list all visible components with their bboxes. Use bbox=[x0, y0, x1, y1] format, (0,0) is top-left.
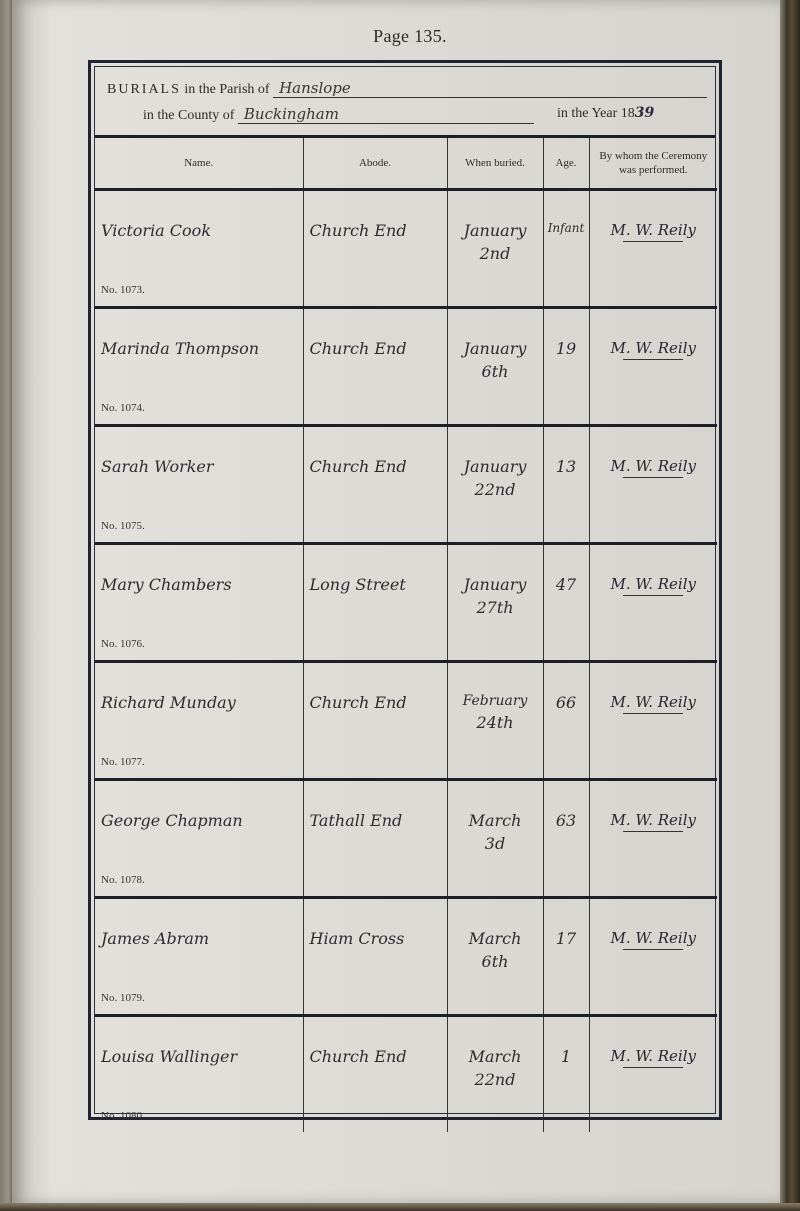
officiant-signature: M. W. Reily bbox=[590, 427, 718, 475]
signature-flourish bbox=[623, 1067, 683, 1068]
when-buried-cell: March3d bbox=[447, 780, 543, 898]
officiant-cell: M. W. Reily bbox=[589, 544, 717, 662]
burial-day: 6th bbox=[448, 362, 543, 381]
deceased-name: George Chapman bbox=[95, 781, 303, 830]
age-cell: 66 bbox=[543, 662, 589, 780]
deceased-name: James Abram bbox=[95, 899, 303, 948]
signature-flourish bbox=[623, 477, 683, 478]
age-cell: 1 bbox=[543, 1016, 589, 1133]
table-row: Victoria CookNo. 1073. Church End Januar… bbox=[95, 190, 717, 308]
burial-day: 24th bbox=[448, 713, 543, 732]
officiant-signature: M. W. Reily bbox=[590, 781, 718, 829]
burial-day: 3d bbox=[448, 834, 543, 853]
burial-month: March bbox=[448, 1017, 543, 1066]
age-value: 63 bbox=[544, 781, 589, 830]
burial-month: January bbox=[448, 191, 543, 240]
officiant-signature: M. W. Reily bbox=[590, 1017, 718, 1065]
county-prefix: in the County of bbox=[143, 108, 234, 123]
age-value: 66 bbox=[544, 663, 589, 712]
when-buried-cell: January2nd bbox=[447, 190, 543, 308]
abode-value: Church End bbox=[304, 191, 447, 240]
column-header-when-buried: When buried. bbox=[447, 138, 543, 190]
burial-month: February bbox=[448, 663, 543, 709]
deceased-name: Marinda Thompson bbox=[95, 309, 303, 358]
name-cell: Victoria CookNo. 1073. bbox=[95, 190, 303, 308]
year-handwritten: 39 bbox=[635, 105, 654, 121]
entry-number: No. 1078. bbox=[101, 874, 145, 886]
burial-day: 22nd bbox=[448, 480, 543, 499]
when-buried-cell: January6th bbox=[447, 308, 543, 426]
burials-heading: BURIALS bbox=[107, 82, 181, 97]
parish-field: Hanslope bbox=[273, 79, 707, 98]
column-header-abode: Abode. bbox=[303, 138, 447, 190]
officiant-signature: M. W. Reily bbox=[590, 545, 718, 593]
signature-flourish bbox=[623, 595, 683, 596]
table-row: Sarah WorkerNo. 1075. Church End January… bbox=[95, 426, 717, 544]
age-cell: 13 bbox=[543, 426, 589, 544]
abode-cell: Church End bbox=[303, 190, 447, 308]
table-row: Marinda ThompsonNo. 1074. Church End Jan… bbox=[95, 308, 717, 426]
when-buried-cell: March22nd bbox=[447, 1016, 543, 1133]
burial-day: 6th bbox=[448, 952, 543, 971]
age-value: 17 bbox=[544, 899, 589, 948]
table-row: Richard MundayNo. 1077. Church End Febru… bbox=[95, 662, 717, 780]
entry-number: No. 1079. bbox=[101, 992, 145, 1004]
abode-cell: Church End bbox=[303, 426, 447, 544]
county-field: Buckingham bbox=[238, 105, 534, 124]
officiant-cell: M. W. Reily bbox=[589, 662, 717, 780]
burial-day: 22nd bbox=[448, 1070, 543, 1089]
name-cell: James AbramNo. 1079. bbox=[95, 898, 303, 1016]
page-bottom-edge bbox=[0, 1203, 800, 1211]
abode-value: Long Street bbox=[304, 545, 447, 594]
column-header-officiant: By whom the Ceremony was performed. bbox=[589, 138, 717, 190]
entry-number: No. 1080. bbox=[101, 1110, 145, 1122]
name-cell: Mary ChambersNo. 1076. bbox=[95, 544, 303, 662]
age-value: 47 bbox=[544, 545, 589, 594]
burial-month: January bbox=[448, 427, 543, 476]
name-cell: Louisa WallingerNo. 1080. bbox=[95, 1016, 303, 1133]
parish-prefix: in the Parish of bbox=[184, 82, 269, 97]
deceased-name: Sarah Worker bbox=[95, 427, 303, 476]
when-buried-cell: January27th bbox=[447, 544, 543, 662]
entry-number: No. 1074. bbox=[101, 402, 145, 414]
signature-flourish bbox=[623, 241, 683, 242]
entry-number: No. 1077. bbox=[101, 756, 145, 768]
entry-number: No. 1075. bbox=[101, 520, 145, 532]
age-value: 1 bbox=[544, 1017, 589, 1066]
burial-entries-table: Name. Abode. When buried. Age. By whom t… bbox=[95, 138, 717, 1132]
age-value: Infant bbox=[544, 191, 589, 235]
table-header-row: Name. Abode. When buried. Age. By whom t… bbox=[95, 138, 717, 190]
when-buried-cell: March6th bbox=[447, 898, 543, 1016]
when-buried-cell: February24th bbox=[447, 662, 543, 780]
abode-value: Church End bbox=[304, 427, 447, 476]
abode-value: Hiam Cross bbox=[304, 899, 447, 948]
year-field: in the Year 1839 bbox=[557, 105, 654, 122]
burial-day: 2nd bbox=[448, 244, 543, 263]
abode-cell: Church End bbox=[303, 1016, 447, 1133]
table-row: James AbramNo. 1079. Hiam Cross March6th… bbox=[95, 898, 717, 1016]
burial-month: January bbox=[448, 545, 543, 594]
deceased-name: Richard Munday bbox=[95, 663, 303, 712]
name-cell: George ChapmanNo. 1078. bbox=[95, 780, 303, 898]
column-header-age: Age. bbox=[543, 138, 589, 190]
officiant-cell: M. W. Reily bbox=[589, 308, 717, 426]
age-cell: Infant bbox=[543, 190, 589, 308]
burial-month: January bbox=[448, 309, 543, 358]
abode-cell: Long Street bbox=[303, 544, 447, 662]
abode-value: Church End bbox=[304, 663, 447, 712]
table-row: Louisa WallingerNo. 1080. Church End Mar… bbox=[95, 1016, 717, 1133]
officiant-signature: M. W. Reily bbox=[590, 899, 718, 947]
officiant-cell: M. W. Reily bbox=[589, 426, 717, 544]
officiant-cell: M. W. Reily bbox=[589, 780, 717, 898]
burial-day: 27th bbox=[448, 598, 543, 617]
page-number: Page 135. bbox=[0, 26, 800, 47]
table-row: Mary ChambersNo. 1076. Long Street Janua… bbox=[95, 544, 717, 662]
table-row: George ChapmanNo. 1078. Tathall End Marc… bbox=[95, 780, 717, 898]
abode-value: Church End bbox=[304, 1017, 447, 1066]
register-title-block: BURIALS in the Parish of Hanslope in the… bbox=[95, 67, 715, 138]
officiant-signature: M. W. Reily bbox=[590, 663, 718, 711]
entry-number: No. 1076. bbox=[101, 638, 145, 650]
burial-month: March bbox=[448, 899, 543, 948]
officiant-signature: M. W. Reily bbox=[590, 191, 718, 239]
burial-month: March bbox=[448, 781, 543, 830]
name-cell: Sarah WorkerNo. 1075. bbox=[95, 426, 303, 544]
signature-flourish bbox=[623, 713, 683, 714]
age-value: 13 bbox=[544, 427, 589, 476]
column-header-name: Name. bbox=[95, 138, 303, 190]
signature-flourish bbox=[623, 359, 683, 360]
abode-cell: Hiam Cross bbox=[303, 898, 447, 1016]
year-prefix: in the Year 18 bbox=[557, 106, 635, 121]
age-value: 19 bbox=[544, 309, 589, 358]
officiant-cell: M. W. Reily bbox=[589, 1016, 717, 1133]
deceased-name: Mary Chambers bbox=[95, 545, 303, 594]
abode-cell: Church End bbox=[303, 662, 447, 780]
abode-cell: Tathall End bbox=[303, 780, 447, 898]
officiant-cell: M. W. Reily bbox=[589, 898, 717, 1016]
age-cell: 19 bbox=[543, 308, 589, 426]
deceased-name: Louisa Wallinger bbox=[95, 1017, 303, 1066]
name-cell: Marinda ThompsonNo. 1074. bbox=[95, 308, 303, 426]
when-buried-cell: January22nd bbox=[447, 426, 543, 544]
officiant-cell: M. W. Reily bbox=[589, 190, 717, 308]
name-cell: Richard MundayNo. 1077. bbox=[95, 662, 303, 780]
abode-value: Church End bbox=[304, 309, 447, 358]
officiant-signature: M. W. Reily bbox=[590, 309, 718, 357]
deceased-name: Victoria Cook bbox=[95, 191, 303, 240]
abode-cell: Church End bbox=[303, 308, 447, 426]
entry-number: No. 1073. bbox=[101, 284, 145, 296]
age-cell: 17 bbox=[543, 898, 589, 1016]
abode-value: Tathall End bbox=[304, 781, 447, 830]
book-binding bbox=[780, 0, 800, 1211]
burial-register: BURIALS in the Parish of Hanslope in the… bbox=[88, 60, 722, 1120]
age-cell: 47 bbox=[543, 544, 589, 662]
signature-flourish bbox=[623, 831, 683, 832]
age-cell: 63 bbox=[543, 780, 589, 898]
signature-flourish bbox=[623, 949, 683, 950]
